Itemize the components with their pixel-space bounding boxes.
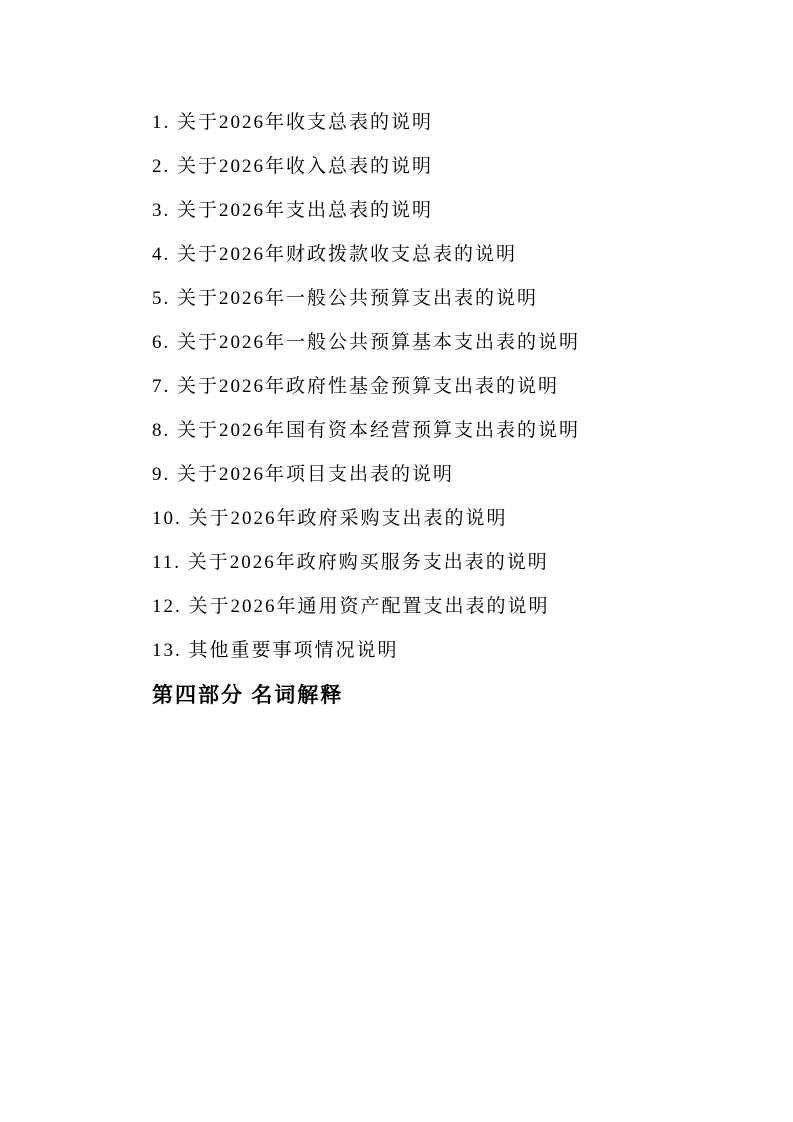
toc-item-11: 11. 关于2026年政府购买服务支出表的说明 (152, 541, 733, 585)
toc-item-3: 3. 关于2026年支出总表的说明 (152, 189, 733, 233)
toc-item-8: 8. 关于2026年国有资本经营预算支出表的说明 (152, 409, 733, 453)
toc-item-1: 1. 关于2026年收支总表的说明 (152, 101, 733, 145)
toc-item-2: 2. 关于2026年收入总表的说明 (152, 145, 733, 189)
toc-item-9: 9. 关于2026年项目支出表的说明 (152, 453, 733, 497)
toc-item-10: 10. 关于2026年政府采购支出表的说明 (152, 497, 733, 541)
section-heading-part4: 第四部分 名词解释 (152, 673, 733, 717)
toc-content: 1. 关于2026年收支总表的说明 2. 关于2026年收入总表的说明 3. 关… (152, 101, 733, 717)
toc-item-5: 5. 关于2026年一般公共预算支出表的说明 (152, 277, 733, 321)
toc-item-4: 4. 关于2026年财政拨款收支总表的说明 (152, 233, 733, 277)
toc-item-13: 13. 其他重要事项情况说明 (152, 629, 733, 673)
toc-item-7: 7. 关于2026年政府性基金预算支出表的说明 (152, 365, 733, 409)
toc-item-12: 12. 关于2026年通用资产配置支出表的说明 (152, 585, 733, 629)
document-page: 1. 关于2026年收支总表的说明 2. 关于2026年收入总表的说明 3. 关… (0, 0, 793, 1122)
toc-item-6: 6. 关于2026年一般公共预算基本支出表的说明 (152, 321, 733, 365)
